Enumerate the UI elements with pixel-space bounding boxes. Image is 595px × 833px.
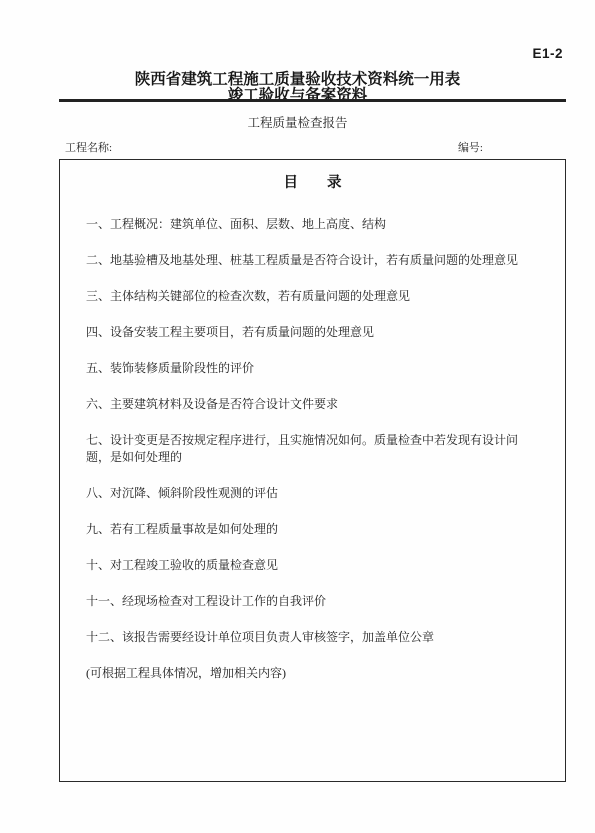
toc-item: 二、地基验槽及地基处理、桩基工程质量是否符合设计，若有质量问题的处理意见 — [86, 252, 539, 269]
toc-note: (可根据工程具体情况，增加相关内容) — [86, 665, 539, 682]
project-name-label: 工程名称: — [65, 139, 112, 155]
document-page: E1-2 陕西省建筑工程施工质量验收技术资料统一用表 竣工验收与备案资料 工程质… — [0, 0, 595, 833]
toc-heading: 目 录 — [86, 171, 539, 192]
toc-item: 六、主要建筑材料及设备是否符合设计文件要求 — [86, 396, 539, 413]
toc-item: 七、设计变更是否按规定程序进行，且实施情况如何。质量检查中若发现有设计问题，是如… — [86, 432, 539, 466]
meta-row: 工程名称: 编号: — [0, 139, 595, 155]
toc-item: 九、若有工程质量事故是如何处理的 — [86, 521, 539, 538]
number-label: 编号: — [458, 139, 483, 155]
toc-item: 四、设备安装工程主要项目，若有质量问题的处理意见 — [86, 324, 539, 341]
report-title: 工程质量检查报告 — [0, 113, 595, 131]
doc-title-line2: 竣工验收与备案资料 — [0, 83, 595, 105]
toc-item: 八、对沉降、倾斜阶段性观测的评估 — [86, 485, 539, 502]
header-rule — [59, 99, 566, 102]
toc-item: 十二、该报告需要经设计单位项目负责人审核签字，加盖单位公章 — [86, 629, 539, 646]
toc-item: 十、对工程竣工验收的质量检查意见 — [86, 557, 539, 574]
toc-box: 目 录 一、工程概况：建筑单位、面积、层数、地上高度、结构 二、地基验槽及地基处… — [59, 159, 566, 782]
form-code: E1-2 — [0, 46, 563, 61]
toc-item: 一、工程概况：建筑单位、面积、层数、地上高度、结构 — [86, 216, 539, 233]
toc-item: 五、装饰装修质量阶段性的评价 — [86, 360, 539, 377]
toc-item: 十一、经现场检查对工程设计工作的自我评价 — [86, 593, 539, 610]
toc-item: 三、主体结构关键部位的检查次数，若有质量问题的处理意见 — [86, 288, 539, 305]
